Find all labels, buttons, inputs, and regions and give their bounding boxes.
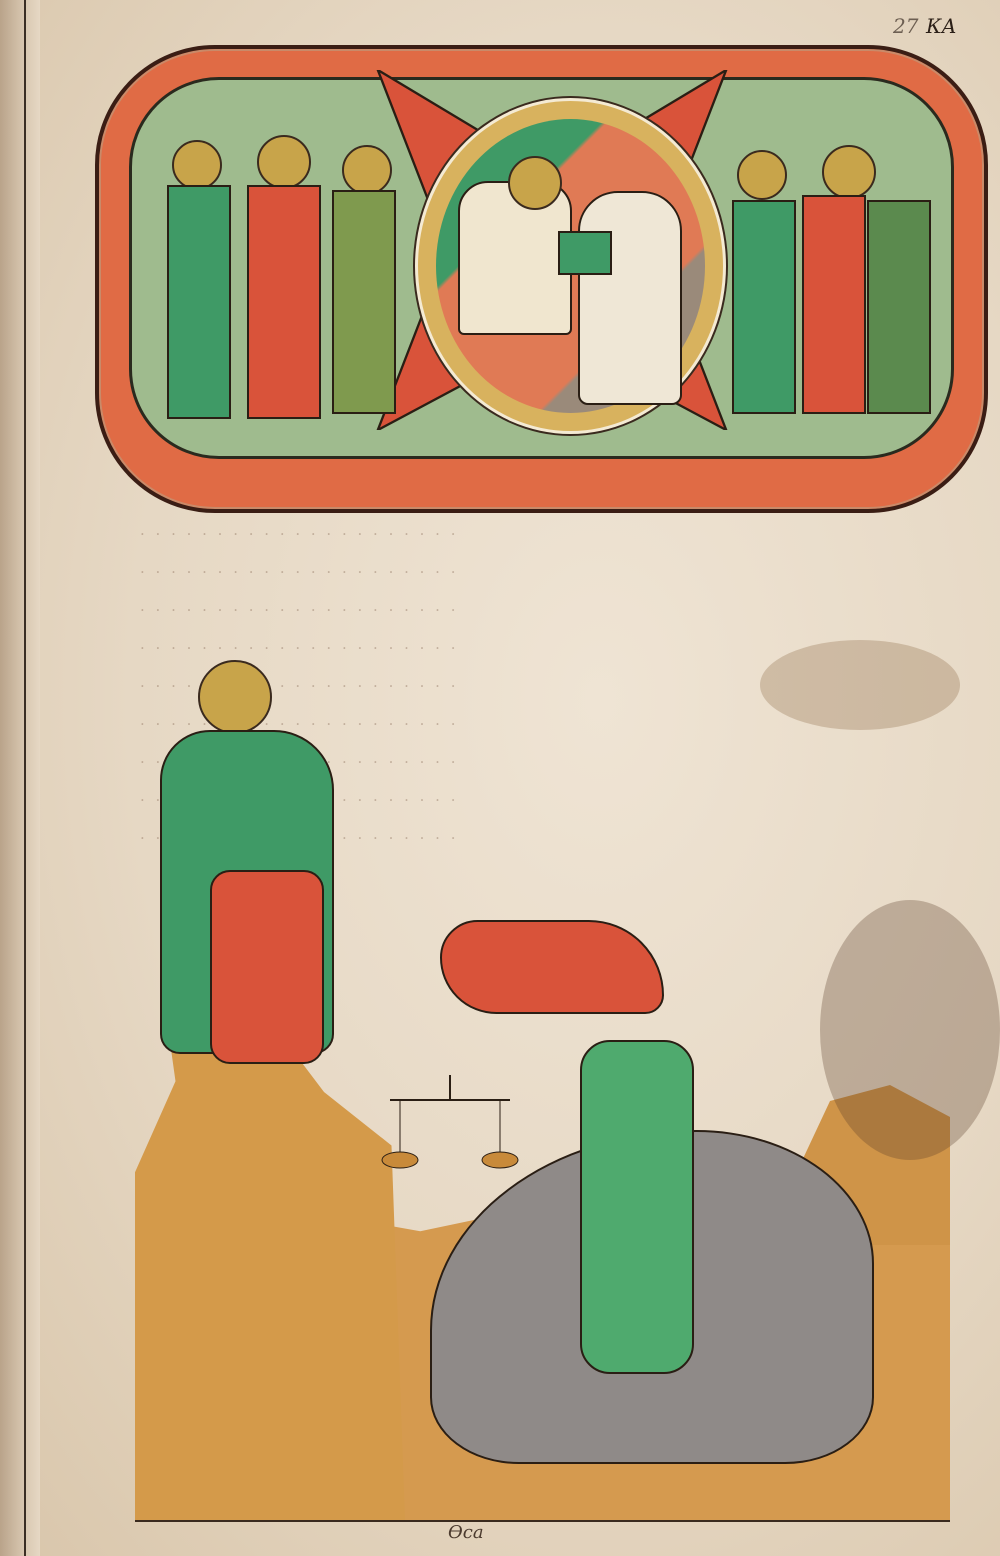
angel-figure: [802, 195, 866, 414]
angel-halo: [737, 150, 787, 200]
angel-figure: [867, 200, 931, 414]
enthroned-elder: [578, 191, 682, 405]
saint-mantle-red: [210, 870, 324, 1064]
angel-figure: [247, 185, 321, 419]
central-medallion: [415, 98, 726, 434]
text-line: · · · · · · · · · · · · · · · · · · · · …: [140, 601, 790, 637]
angels-left: [152, 130, 402, 430]
saint-john-figure: [160, 670, 350, 1070]
rider-cloak: [440, 920, 664, 1014]
stain: [820, 900, 1000, 1160]
text-line: · · · · · · · · · · · · · · · · · · · · …: [140, 525, 790, 561]
folio-number-cyrillic: КА: [926, 14, 957, 38]
scales-icon: [380, 1070, 520, 1180]
open-book: [558, 231, 612, 275]
folio-number-arabic: 27: [893, 14, 918, 38]
gutter-line: [24, 0, 26, 1556]
angel-figure: [732, 200, 796, 414]
angel-halo: [342, 145, 392, 195]
text-line: · · · · · · · · · · · · · · · · · · · · …: [140, 563, 790, 599]
lamb-halo: [508, 156, 562, 210]
vignette-field: [129, 77, 954, 459]
rider-scene: [420, 1000, 890, 1490]
angel-figure: [167, 185, 231, 419]
top-vignette: [95, 45, 988, 513]
angel-halo: [822, 145, 876, 199]
catchword: Ѳса: [448, 1522, 484, 1543]
angel-halo: [172, 140, 222, 190]
manuscript-page: 27 КА: [0, 0, 1000, 1556]
angels-right: [727, 130, 957, 430]
angel-figure: [332, 190, 396, 414]
stain: [760, 640, 960, 730]
binding-gutter: [0, 0, 40, 1556]
angel-halo: [257, 135, 311, 189]
lamb-figure: [458, 181, 572, 335]
rider-figure: [580, 1040, 694, 1374]
saint-halo: [198, 660, 272, 734]
